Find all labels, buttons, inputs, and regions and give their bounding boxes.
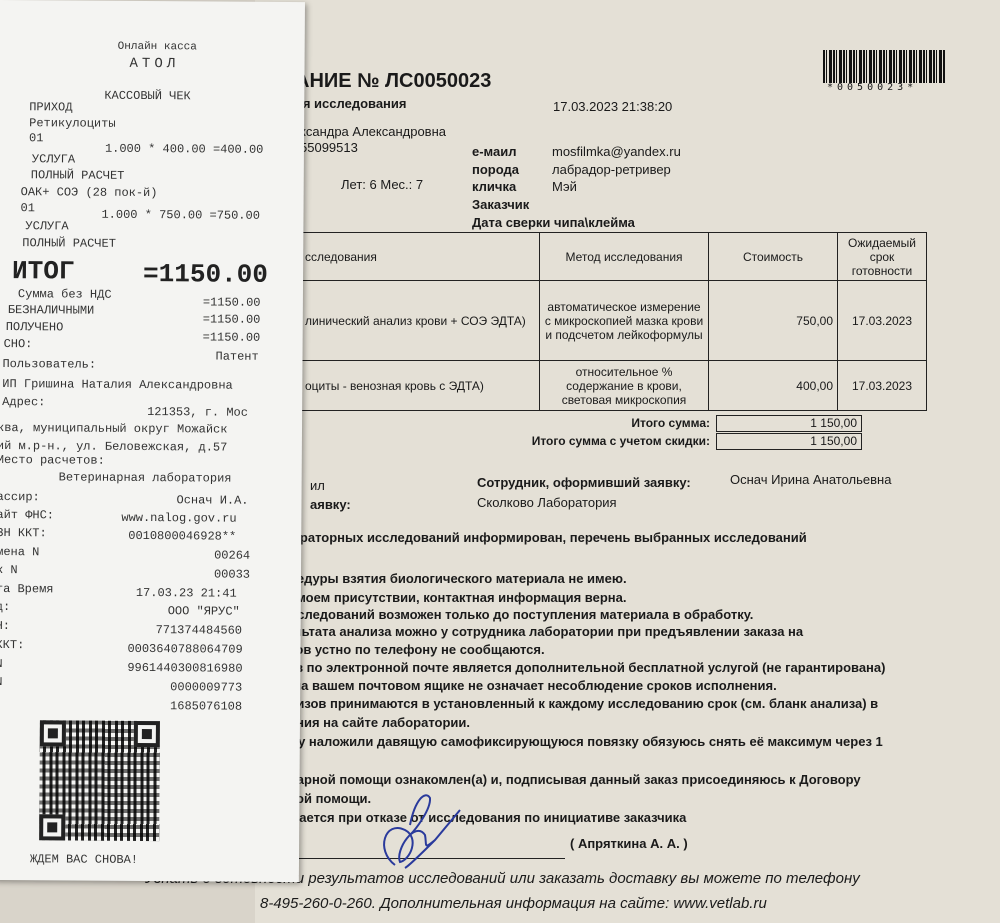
receipt-item-code: 01 [20,201,35,215]
email-label: е-маил [472,144,516,159]
consent-line: изов по электронной почте является допол… [273,660,885,675]
receipt-item-kind: УСЛУГА [25,219,68,233]
receipt-detail-label: мена N [0,545,39,559]
receipt-detail-value: ООО "ЯРУС" [168,604,240,619]
consent-line: нализов принимаются в установленный к ка… [273,696,878,711]
receipt-item-name: ОАК+ СОЭ (28 пок-й) [21,185,158,200]
receipt-line-label: Сумма без НДС [18,287,112,302]
receipt-detail-label: та Время [0,582,54,596]
nickname-label: кличка [472,179,516,194]
receipt-detail-label: N [0,675,2,689]
order-subtitle: пя исследования [295,96,407,111]
receipt-farewell: ЖДЕМ ВАС СНОВА! [30,852,138,867]
header-cost: Стоимость [709,233,838,281]
receipt-detail-value: 00264 [214,549,250,563]
receipt-detail-value: 0010800046928** [128,529,236,544]
breed-label: порода [472,162,519,177]
receipt-detail-value: 17.03.23 21:41 [136,586,237,601]
test-method: относительное % содержание в крови, свет… [540,361,709,411]
test-name: линический анализ крови + СОЭ ЭДТА) [301,281,540,361]
consent-line: юбораторных исследований информирован, п… [273,530,807,545]
table-row: оциты - венозная кровь с ЭДТА) относител… [301,361,927,411]
consent-line: ь в моем присутствии, контактная информа… [273,590,626,605]
receipt-doc-type: КАССОВЫЙ ЧЕК [104,89,191,104]
receipt-line-label: СНО: [4,337,33,351]
order-datetime: 17.03.2023 21:38:20 [553,99,672,114]
receipt-user-label: Пользователь: [2,357,96,372]
receipt-address-label: Адрес: [2,395,45,409]
receipt-detail-label: Н: [0,619,10,633]
lab-order-form: АНИЕ № ЛС0050023 *0050023* пя исследован… [255,0,1000,923]
breed-value: лабрадор-ретривер [552,162,671,177]
consent-line: лизов устно по телефону не сообщаются. [273,642,545,657]
receipt-total-value: =1150.00 [143,259,268,290]
lab-name: Сколково Лаборатория [477,495,617,510]
receipt-line-value: Патент [215,350,258,364]
test-name: оциты - венозная кровь с ЭДТА) [301,361,540,411]
chip-check-label: Дата сверки чипа\клейма [472,215,635,230]
consent-line: ному наложили давящую самофиксирующуюся … [273,734,883,749]
receipt-detail-value: 00033 [214,568,250,582]
receipt-line-value: =1150.00 [203,330,261,344]
pet-age: Лет: 6 Мес.: 7 [341,177,423,192]
email-value: mosfilmka@yandex.ru [552,144,681,159]
test-ready-date: 17.03.2023 [838,361,927,411]
test-ready-date: 17.03.2023 [838,281,927,361]
receipt-header-2: АТОЛ [130,56,180,72]
staff-label: Сотрудник, оформивший заявку: [477,475,691,490]
receipt-header-1: Онлайн касса [118,41,197,54]
total-label: Итого сумма: [300,416,716,430]
cash-receipt: Онлайн касса АТОЛ КАССОВЫЙ ЧЕК ПРИХОД Ре… [0,0,305,882]
receipt-detail-label: к N [0,563,18,577]
staff-left-label-2: аявку: [310,497,351,512]
receipt-user-name: ИП Гришина Наталия Александровна [2,377,233,393]
receipt-detail-label: N [0,657,3,671]
receipt-place-value: Ветеринарная лаборатория [59,470,232,485]
receipt-line-value: =1150.00 [203,295,261,309]
signature-name: ( Апряткина А. А. ) [570,836,688,851]
owner-name: ксандра Александровна [300,124,446,139]
staff-name: Оснач Ирина Анатольевна [730,472,891,487]
total-discount-label: Итого сумма с учетом скидки: [300,434,716,448]
receipt-item-code: 01 [29,131,44,145]
receipt-detail-label: ККТ: [0,638,24,652]
receipt-address-2: ква, муниципальный округ Можайск [0,421,227,437]
receipt-item-kind: УСЛУГА [32,152,75,166]
totals: Итого сумма: 1 150,00 Итого сумма с учет… [300,414,862,450]
tests-table: сследования Метод исследования Стоимость… [300,232,927,411]
consent-line: вления на сайте лаборатории. [273,715,470,730]
consent-line: ма на вашем почтовом ящике не означает н… [273,678,777,693]
receipt-line-label: ПОЛУЧЕНО [6,320,64,334]
total-discount-value: 1 150,00 [716,433,862,450]
test-cost: 750,00 [709,281,838,361]
footer-line-2: 8-495-260-0-260. Дополнительная информац… [260,895,767,912]
barcode-text: *0050023* [827,82,917,93]
nickname-value: Мэй [552,179,577,194]
receipt-place-label: Место расчетов: [0,453,105,468]
receipt-detail-label: ЗН ККТ: [0,526,47,540]
order-title: АНИЕ № ЛС0050023 [295,70,491,93]
receipt-line-value: =1150.00 [203,312,261,326]
customer-label: Заказчик [472,197,529,212]
header-ready-date: Ожидаемый срок готовности [838,233,927,281]
receipt-detail-value: Оснач И.А. [176,493,248,508]
receipt-item-calc: 1.000 * 750.00 =750.00 [101,208,260,223]
test-cost: 400,00 [709,361,838,411]
consent-line: езультата анализа можно у сотрудника лаб… [273,624,803,639]
receipt-detail-label: ассир: [0,490,40,504]
receipt-op-type: ПРИХОД [29,100,72,114]
total-value: 1 150,00 [716,415,862,432]
consent-line: ращается при отказе от исследования по и… [273,810,686,825]
receipt-item-calc: 1.000 * 400.00 =400.00 [105,142,264,157]
receipt-detail-label: д: [0,600,10,614]
consent-line: г исследований возможен только до поступ… [273,607,753,622]
consent-line: ринарной помощи ознакомлен(а) и, подписы… [273,772,861,787]
receipt-detail-value: www.nalog.gov.ru [121,511,236,526]
qr-code-icon [39,720,160,841]
header-method: Метод исследования [540,233,709,281]
receipt-total-label: ИТОГ [12,256,75,286]
receipt-address-1: 121353, г. Мос [147,405,248,420]
receipt-item-payment: ПОЛНЫЙ РАСЧЕТ [22,236,116,251]
table-header-row: сследования Метод исследования Стоимость… [301,233,927,281]
receipt-detail-value: 771374484560 [156,623,243,638]
test-method: автоматическое измерение с микроскопией … [540,281,709,361]
receipt-line-label: БЕЗНАЛИЧНЫМИ [8,303,95,318]
handwritten-signature-icon [365,790,475,870]
owner-phone: 55099513 [300,140,358,155]
barcode [823,50,945,83]
receipt-detail-label: айт ФНС: [0,508,54,522]
header-test: сследования [301,233,540,281]
receipt-item-name: Ретикулоциты [29,116,116,131]
staff-left-label-1: ил [310,478,325,493]
receipt-detail-value: 0003640788064709 [127,642,242,657]
receipt-detail-value: 9961440300816980 [127,661,242,676]
consent-line: роцедуры взятия биологического материала… [273,571,627,586]
receipt-item-payment: ПОЛНЫЙ РАСЧЕТ [31,168,125,183]
table-row: линический анализ крови + СОЭ ЭДТА) авто… [301,281,927,361]
receipt-detail-value: 1685076108 [170,699,242,714]
receipt-detail-value: 0000009773 [170,680,242,695]
